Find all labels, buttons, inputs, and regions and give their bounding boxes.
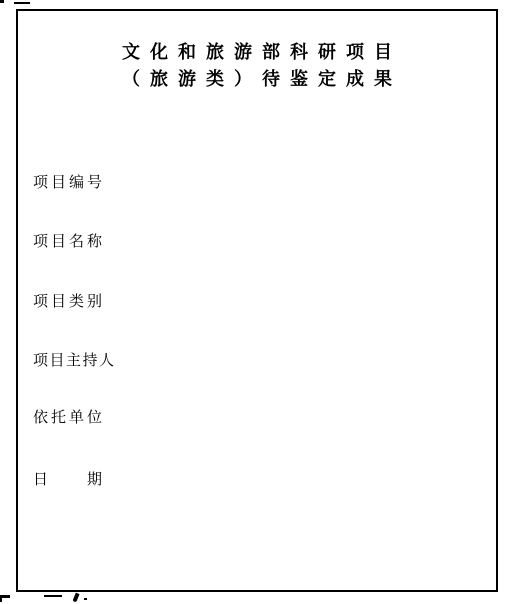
field-label-project-number: 项目编号 xyxy=(33,174,105,192)
document-page: 文化和旅游部科研项目 （旅游类）待鉴定成果 项目编号 项目名称 项目类别 项目主… xyxy=(0,0,518,604)
clipped-text-fragment-bottom xyxy=(0,597,2,602)
field-label-project-leader: 项目主持人 xyxy=(33,352,116,370)
clipped-text-fragment-bottom xyxy=(44,595,62,597)
form-title-line2: （旅游类）待鉴定成果 xyxy=(16,66,498,93)
clipped-text-fragment-bottom xyxy=(72,593,79,603)
field-label-project-category: 项目类别 xyxy=(33,293,105,311)
clipped-text-fragment-top xyxy=(0,0,4,3)
field-label-date: 日 期 xyxy=(33,471,105,489)
field-label-project-name: 项目名称 xyxy=(33,233,105,251)
clipped-text-fragment-top xyxy=(14,2,30,4)
form-title: 文化和旅游部科研项目 （旅游类）待鉴定成果 xyxy=(16,39,498,93)
field-label-host-institution: 依托单位 xyxy=(33,409,105,427)
clipped-text-fragment-bottom xyxy=(84,598,87,600)
form-title-line1: 文化和旅游部科研项目 xyxy=(16,39,498,66)
